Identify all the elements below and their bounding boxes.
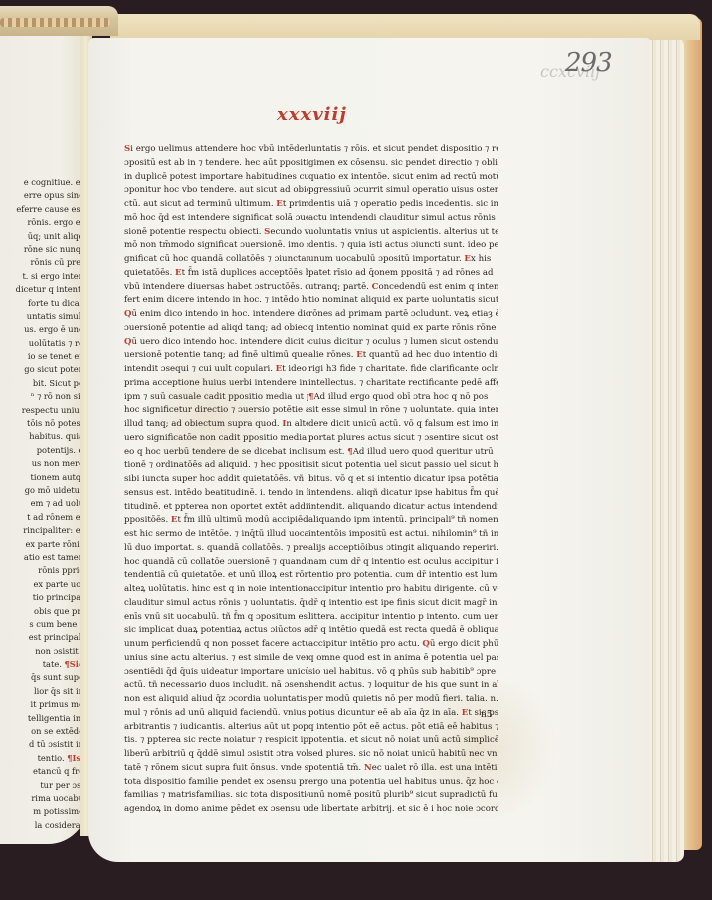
line-text: sensus est. intēdo beatitudinē. i. tendo… [124,488,308,498]
line-text: cuius dicitur ⁊ oculus ⁊ lumen sicut ost… [308,337,498,347]
text-line: rōnis. ergo et [0,216,84,229]
line-text: potius dicuntur eē ab aīa q̄z in aīa. [308,708,462,718]
text-line: Qū enim dico intendo in hoc. intendere d… [124,308,308,322]
line-text: arbitrantis ⁊ iudicantis. alterius aūt u… [124,722,308,732]
text-line: uolūtatis ⁊ rō [0,337,84,350]
text-line: rōnes ad primam partē ɔcludunt. veꝝ etia… [308,308,498,322]
line-text: Ad illud ergo quod obī ɔtra hoc q nō pos [313,392,488,402]
line-text: ppositōēs. [124,515,171,525]
text-line: d tū ɔsistit in [0,738,84,751]
text-line: illud tanq; ad obiectum supra quod. In a… [124,418,308,432]
text-line: nam cum dr̄ q intentio est oculus accipi… [308,556,498,570]
text-line: bit. Sicut po [0,377,84,390]
line-text: actu intendendi clauditur simul actus rō… [308,213,498,223]
text-line: intendit ɔsequi ⁊ cui uult copulari. Et … [124,363,308,377]
text-line: telligentia in- [0,712,84,725]
text-line: habitus. quia [0,430,84,443]
text-line: rōnis ppric [0,564,84,577]
line-text: tentio. [38,753,68,763]
text-line: erre opus sine [0,189,84,202]
text-line: tis. ⁊ ppterea sic recte noiatur ⁊ respi… [124,734,308,748]
text-line: quietatōēs. Et f̄m istā duplices acceptō… [124,267,308,281]
text-line: non est aliquid aliud q̄z ɔcordia uolunt… [124,693,308,707]
text-line: go mō uidetur [0,484,84,497]
text-line: dere dicit unicū actū. vō q falsum est i… [308,418,498,432]
line-text: bitus. vō q et si intentio dicatur ipsa … [308,474,498,484]
text-line: q intentio pōt eē actus. pōt etiā eē hab… [308,721,498,735]
text-line: untatis simul. [0,310,84,323]
line-text: sio uel habitus. vō q phūs sub habitib⁹ … [308,667,496,677]
line-text: accipitur intentio pro habitu dirigente.… [308,584,498,594]
line-text: sionē potentie respectu obiecti. [124,227,264,237]
text-line: clauditur simul actus rōnis ⁊ uoluntatis… [124,597,308,611]
line-text: t f̄m istā duplices acceptōēs hoc [182,268,308,278]
line-text: eo q hoc uerbū tendere de se dicebat inc… [124,447,308,457]
line-text: titudinē. et ppterea non oportet extēt a… [124,502,308,512]
left-page-text-fragment: e cognitiue. eterre opus sineeferre caus… [0,176,84,832]
line-text: alie rōnes. [308,350,356,360]
text-line: littera. accipitur intentio p intento. c… [308,611,498,625]
line-text: hoc quandā cū collatōe ɔuersionē ⁊ quand… [124,557,308,567]
line-text: n altera [286,419,308,429]
text-line: uero significatōe non cadit ppositio med… [124,432,308,446]
text-line: uoluntatis vnius ut aspicientis. alteriu… [308,226,498,240]
text-line: uersionē potentie tanq; ad finē ultimū q… [124,349,308,363]
line-text: alteꝝ uolūtatis. hinc est q in noie inte… [124,584,308,594]
line-text: dentis. ⁊ quia isti actus ɔiuncti sunt. … [308,240,498,250]
text-line: est hic sermo de intētōe. ⁊ inq̄tū illud… [124,528,308,542]
text-line: tur per ɔsi [0,779,84,792]
line-text: ɔpositū est ab in ⁊ tendere. hec aūt ppo… [124,158,308,168]
line-text: tionē ⁊ ordinatōēs ad aliquid. ⁊ hec ppo… [124,460,308,470]
line-text: intendit ɔsequi ⁊ cui uult copulari. [124,364,276,374]
line-text: accipitur intētio pro actu. [308,639,422,649]
manuscript-folio-number: 293 [565,48,612,78]
text-line: portat plures actus sicut ⁊ ɔsentire sic… [308,432,498,446]
text-line: dr̄ q intentio est ipe finis sicut dicit… [308,597,498,611]
text-line: tionē ⁊ ordinatōēs ad aliquid. ⁊ hec ppo… [124,459,308,473]
text-line: us non mero [0,457,84,470]
line-text: ɔsentiēdi q̄d q̄uis uideatur importare u… [124,667,308,677]
line-text: littera. accipitur intentio p intento. c… [308,612,498,622]
text-line: sit sicut potentia uel sicut passio uel … [308,459,498,473]
line-text: t ideo in [282,364,308,374]
line-text: luntatis ⁊ rōis. et sicut pendet disposi… [308,144,498,154]
text-line: respectu unius [0,404,84,417]
line-text: hendit actus. ⁊ loquitur de his que sunt… [308,680,498,690]
text-line: sibi iuncta super hoc addit quietatōēs. … [124,473,308,487]
text-column-left: Si ergo uelimus attendere hoc vbū intēde… [124,143,308,817]
line-text: clauditur simul actus rōnis ⁊ uoluntatis… [124,598,308,608]
line-text: unius sine actu alterius. ⁊ est simile d… [124,653,308,663]
text-line: unius sine actu alterius. ⁊ est simile d… [124,652,308,666]
line-text: Ad illud uero quod queritur utrū [353,447,494,457]
rubricated-capital: Q [422,639,430,649]
line-text: liberū arbitriū q q̄ddē simul ɔsistit ɔt… [124,749,308,759]
text-line: patet rīsio ad q̄onem ppositā ⁊ ad rōnes… [308,267,498,281]
signature-mark: n5 [481,710,493,720]
text-line: familias ⁊ matrisfamilias. sic tota disp… [124,789,308,803]
text-line: ¶Ad illud ergo quod obī ɔtra hoc q nō po… [308,391,498,405]
line-text: unū nomē positū plurib⁹ sicut supradictū… [308,790,498,800]
text-line: hoc significetur directio ⁊ ɔuersio potē… [124,404,308,418]
text-line: non ɔsistit i [0,645,84,658]
text-line: ɔsentiēdi q̄d q̄uis uideatur importare u… [124,666,308,680]
rubricated-initial: Q [124,337,132,347]
line-text: q intentio nominat quid ex parte rōnis r… [308,323,496,333]
line-text: dr̄ q intentio est ipe finis sicut dicit… [308,598,498,608]
line-text: sit sicut potentia uel sicut passio uel … [308,460,498,470]
text-line: us. ergo ē uno [0,323,84,336]
running-head-roman-numeral: xxxviij [277,104,347,125]
text-line: rincipaliter: et [0,524,84,537]
text-line: cuius dicitur ⁊ oculus ⁊ lumen sicut ost… [308,336,498,350]
rubricated-capital: N [364,763,372,773]
line-text: pgressiuū ɔcurrit simul operatio uisus o… [308,185,498,195]
text-line: accipitur intentio pro habitu dirigente.… [308,583,498,597]
line-text: tota dispositio familie pendet ex ɔsensu… [124,777,308,787]
line-text: gnificat cū hoc quandā collatōēs ⁊ ɔiunc… [124,254,308,264]
text-line: sed plures. sic nō noiat unicū habitū ne… [308,748,498,762]
line-text: tentio pro potentia. cum dr̄ intentio es… [308,570,498,580]
text-line: prima acceptione huius uerbi intendere i… [124,377,308,391]
text-line: ɔponitur hoc vbo tendere. aut sicut ad o… [124,184,308,198]
line-text: unum uocabulū ɔpositū importatur. [308,254,464,264]
line-text: illud tanq; ad obiectum supra quod. [124,419,282,429]
text-line: potentia. et sicut nō noiat unū actū sim… [308,734,498,748]
text-line: accipitur intētio pro actu. Qū ergo dici… [308,638,498,652]
line-text: hoc significetur directio ⁊ ɔuersio potē… [124,405,308,415]
text-line: pgressiuū ɔcurrit simul operatio uisus o… [308,184,498,198]
text-line: rōne sic nunq; [0,243,84,256]
text-line: aliquando ipm intentū. principali⁹ tñ no… [308,514,498,528]
line-text: sed plures. sic nō noiat unicū habitū ne… [308,749,498,759]
text-line: hendit actus. ⁊ loquitur de his que sunt… [308,679,498,693]
text-line: tate. ¶Sic [0,658,84,671]
line-text: agendoꝝ in domo anime pēdet ex ɔsensu uo [124,804,308,814]
text-line: tentio. ¶Is. [0,752,84,765]
line-text: mul ⁊ rōnis ad unū aliquid faciendū. vni… [124,708,308,718]
text-line: ex parte uo- [0,578,84,591]
text-line: go sicut poten [0,363,84,376]
line-text: sic implicat duaꝝ potentiaꝝ actus ɔiūcto… [124,625,308,635]
text-line: tendentiā cū quietatōe. et unū illoꝝ est… [124,569,308,583]
line-text: non est aliquid aliud q̄z ɔcordia uolunt… [124,694,308,704]
line-text: i ergo uelimus attendere hoc vbū intēder… [130,144,308,154]
text-line: alijs acceptiōibus ɔtingit aliquando rep… [308,542,498,556]
line-text: portat plures actus sicut ⁊ ɔsentire sic… [308,433,498,443]
text-line: ɔuersionē potentie ad aliqd tanq; ad obi… [124,322,308,336]
text-line: utranq; partē. Concedendū est enim q int… [308,281,498,295]
text-line: q̄s sunt supe [0,671,84,684]
text-line: mul ⁊ rōnis ad unū aliquid faciendū. vni… [124,707,308,721]
line-text: rōnes ad primam partē ɔcludunt. veꝝ etia… [308,309,498,319]
text-line: t. si ergo inten [0,270,84,283]
text-line: tatē ⁊ rōnem sicut supra fuit ōnsus. vnd… [124,762,308,776]
text-line: ⁿ ⁊ rō non sit [0,390,84,403]
text-line: per modū quietis nō per modū fieri. tali… [308,693,498,707]
text-line: sic implicat duaꝝ potentiaꝝ actus ɔiūcto… [124,624,308,638]
line-text: q intentio pōt eē actus. pōt etiā eē hab… [308,722,498,732]
text-line: mō non tm̄modo significat ɔuersionē. imo… [124,239,308,253]
text-line: bitus. vō q et si intentio dicatur ipsa … [308,473,498,487]
line-text: ū uero dico intendo hoc. intendere dicit… [132,337,309,347]
line-text: mō non tm̄modo significat ɔuersionē. imo… [124,240,308,250]
line-text: rigi h3 fide ⁊ charitate. fide clarifica… [308,364,498,374]
line-text: t quantū ad hec duo intentio di- [363,350,498,360]
text-line: unum uocabulū ɔpositū importatur. Ex his [308,253,498,267]
text-line: tio principa- [0,591,84,604]
text-line: em ⁊ ad uolū [0,497,84,510]
text-line: ɔpositū est ab in ⁊ tendere. hec aūt ppo… [124,157,308,171]
text-line: actu intendendi clauditur simul actus rō… [308,212,498,226]
text-line: unum perficiendū q non posset facere act… [124,638,308,652]
text-line: alteꝝ uolūtatis. hinc est q in noie inte… [124,583,308,597]
text-line: gnificat cū hoc quandā collatōēs ⁊ ɔiunc… [124,253,308,267]
line-text: sum est. [308,447,347,457]
text-line: Qū uero dico intendo hoc. intendere dici… [124,336,308,350]
text-line: fert enim dicere intendo in hoc. ⁊ intēd… [124,294,308,308]
line-text: tendentiā cū quietatōe. et unū illoꝝ est… [124,570,308,580]
text-line: potius dicuntur eē ab aīa q̄z in aīa. Et… [308,707,498,721]
line-text: unum perficiendū q non posset facere act… [124,639,308,649]
text-line: quatio ex intentōe. sicut enim ad rectū … [308,171,498,185]
left-page: e cognitiue. eterre opus sineeferre caus… [0,36,88,844]
text-line: dentis. ⁊ quia isti actus ɔiuncti sunt. … [308,239,498,253]
text-line: sensus est. intēdo beatitudinē. i. tendo… [124,487,308,501]
line-text: sit esse simul in rōne ⁊ uoluntate. quia… [308,405,498,415]
line-text: uero significatōe non cadit ppositio med… [124,433,308,443]
text-line: sum est. ¶Ad illud uero quod queritur ut… [308,446,498,460]
text-line: tio nominat aliquid ex parte uoluntatis … [308,294,498,308]
text-line: eo q hoc uerbū tendere de se dicebat inc… [124,446,308,460]
headband [0,6,118,36]
line-text: ipm ⁊ suū casuale cadit ppositio media u… [124,392,308,402]
text-line: liberū arbitriū q q̄ddē simul ɔsistit ɔt… [124,748,308,762]
line-text: intendens. aliqñ dicatur ipse habitus f̄… [308,488,498,498]
text-line: intendit. aliquando dicatur actus intend… [308,501,498,515]
line-text: quatio ex intentōe. sicut enim ad rectū … [308,172,498,182]
text-line: Si ergo uelimus attendere hoc vbū intēde… [124,143,308,157]
line-text: potentia. et sicut nō noiat unū actū sim… [308,735,498,745]
line-text: vbū intendere diuersas habet ɔstructōēs.… [124,282,308,292]
text-line: agendoꝝ in domo anime pēdet ex ɔsensu uo [124,803,308,817]
text-line: rima uocabu [0,792,84,805]
text-line: etancū q fre [0,765,84,778]
text-line: obis que pri [0,605,84,618]
text-line: mō hoc q̄d est intendere significat solā… [124,212,308,226]
text-line: potentiā tm̄. Nec ualet rō illa. est una… [308,762,498,776]
line-text: ɔuersionē potentie ad aliqd tanq; ad obi… [124,323,308,333]
line-text: x his [471,254,491,264]
text-line: unū nomē positū plurib⁹ sicut supradictū… [308,789,498,803]
line-text: alijs acceptiōibus ɔtingit aliquando rep… [308,543,498,553]
text-line: s cum bene ⁊ [0,618,84,631]
text-line: ergo una potentia uel habitus unus. q̄z … [308,776,498,790]
line-text: patet rīsio ad q̄onem ppositā ⁊ ad rōnes… [308,268,493,278]
line-text: ergo una potentia uel habitus unus. q̄z … [308,777,498,787]
text-line: atio est tamen [0,551,84,564]
text-line: ppositōēs. Et f̄m illū ultimū modū accip… [124,514,308,528]
text-line: dr̄ q intētio quedā est recta quedā ē ob… [308,624,498,638]
text-line: e cognitiue. et [0,176,84,189]
text-line: ctū. aut sicut ad terminū ultimum. Et pr… [124,198,308,212]
line-text: sibi iuncta super hoc addit quietatōēs. … [124,474,304,484]
text-line: tota dispositio familie pendet ex ɔsensu… [124,776,308,790]
line-text: de libertate arbitrij. et sic ē i hoc no… [308,804,498,814]
text-line: intentōis impositū est actui. nihilomin⁹… [308,528,498,542]
text-line: potentijs. q [0,444,84,457]
line-text: actū. tñ necessario duos includit. nā ɔs… [124,680,308,690]
line-text: intellectus. ⁊ charitate rectificante pe… [308,378,498,388]
text-line: enīs vnū sit uocabulū. tñ f̄m q ɔpositum… [124,611,308,625]
text-column-right: luntatis ⁊ rōis. et sicut pendet disposi… [308,143,498,817]
line-text: familias ⁊ matrisfamilias. sic tota disp… [124,790,308,800]
text-line: m potissime [0,805,84,818]
line-text: oncedendū est enim q inten [378,282,498,292]
text-line: intendens. aliqñ dicatur ipse habitus f̄… [308,487,498,501]
line-text: ū enim dico intendo in hoc. intendere di… [132,309,309,319]
text-line: q intentio nominat quid ex parte rōnis r… [308,322,498,336]
line-text: t primo [283,199,308,209]
text-line: arbitrantis ⁊ iudicantis. alterius aūt u… [124,721,308,735]
line-text: ecundo vo [270,227,308,237]
line-text: dr̄ q intētio quedā est recta quedā ē ob… [308,625,498,635]
text-line: est principali [0,631,84,644]
line-text: enīs vnū sit uocabulū. tñ f̄m q ɔpositum… [124,612,308,622]
line-text: tis. ⁊ ppterea sic recte noiatur ⁊ respi… [124,735,308,745]
rubricated-initial: Q [124,309,132,319]
text-line: io se tenet ex [0,350,84,363]
text-line: in duplicē potest importare habitudines … [124,171,308,185]
text-line: lū duo importat. s. quandā collatōēs. ⁊ … [124,542,308,556]
line-text: prima acceptione huius uerbi intendere i… [124,378,308,388]
text-line: de libertate arbitrij. et sic ē i hoc no… [308,803,498,817]
text-line: tōis nō potest [0,417,84,430]
text-line: vbū intendere diuersas habet ɔstructōēs.… [124,281,308,295]
line-text: nam cum dr̄ q intentio est oculus accipi… [308,557,498,567]
text-line: t ad rōnem et [0,511,84,524]
text-line: ipm ⁊ suū casuale cadit ppositio media u… [124,391,308,405]
line-text: q omne quod est in anima ē potentia uel … [308,653,498,663]
text-line: tionem autq; [0,471,84,484]
line-text: t f̄m illū ultimū modū accipiēdi [177,515,308,525]
line-text: mō hoc q̄d est intendere significat solā… [124,213,308,223]
line-text: uersionē potentie tanq; ad finē ultimū q… [124,350,308,360]
text-line: lior q̄s sit in [0,685,84,698]
book-top-edge [110,14,700,40]
text-line: it primus mo [0,698,84,711]
line-text: ɔponitur hoc vbo tendere. aut sicut ad o… [124,185,308,195]
line-text: ctū. aut sicut ad terminū ultimum. [124,199,276,209]
text-line: forte tu dicas [0,297,84,310]
text-line: gimen ex cōsensu. sic pendet directio ⁊ … [308,157,498,171]
line-text: in duplicē potest importare habitudines … [124,172,308,182]
text-line: sio uel habitus. vō q phūs sub habitib⁹ … [308,666,498,680]
text-line: alie rōnes. Et quantū ad hec duo intenti… [308,349,498,363]
line-text: per modū quietis nō per modū fieri. tali… [308,694,498,704]
line-text: intendit. aliquando dicatur actus intend… [308,502,498,512]
text-line: luntatis ⁊ rōis. et sicut pendet disposi… [308,143,498,157]
line-text: quietatōēs. [124,268,175,278]
text-line: eferre cause est [0,203,84,216]
line-text: tio nominat aliquid ex parte uoluntatis … [308,295,498,305]
text-line: la cosiderat [0,819,84,832]
text-line: sit esse simul in rōne ⁊ uoluntate. quia… [308,404,498,418]
line-text: dere dicit unicū actū. vō q falsum est i… [308,419,498,429]
text-line: on se extēde [0,725,84,738]
line-text: tate. [43,659,65,669]
text-line: actū. tñ necessario duos includit. nā ɔs… [124,679,308,693]
line-text: gimen ex cōsensu. sic pendet directio ⁊ … [308,158,498,168]
text-line: rōnis cū pre- [0,256,84,269]
line-text: ec ualet rō illa. est una intētio. [372,763,498,773]
line-text: ū ergo dicit phūs [430,639,498,649]
line-text: intentōis impositū est actui. nihilomin⁹… [308,529,498,539]
text-line: dicetur q intenti [0,283,84,296]
line-text: tatē ⁊ rōnem sicut supra fuit ōnsus. vnd… [124,763,308,773]
text-line: ex parte rōnis [0,538,84,551]
line-text: fert enim dicere intendo in hoc. ⁊ intēd… [124,295,308,305]
line-text: uoluntatis vnius ut aspicientis. alteriu… [308,227,498,237]
text-line: sionē potentie respectu obiecti. Secundo… [124,226,308,240]
text-line: ūq; unit aliqd [0,230,84,243]
text-line: hoc quandā cū collatōe ɔuersionē ⁊ quand… [124,556,308,570]
text-line: tentio pro potentia. cum dr̄ intentio es… [308,569,498,583]
line-text: potentiā tm̄. [308,763,364,773]
line-text: aliquando ipm intentū. principali⁹ tñ no… [308,515,498,525]
text-line: rigi h3 fide ⁊ charitate. fide clarifica… [308,363,498,377]
text-line: intellectus. ⁊ charitate rectificante pe… [308,377,498,391]
line-text: lū duo importat. s. quandā collatōēs. ⁊ … [124,543,308,553]
line-text: dentis uiā ⁊ operatio pedis incedentis. … [308,199,498,209]
line-text: utranq; partē. [308,282,372,292]
text-line: titudinē. et ppterea non oportet extēt a… [124,501,308,515]
text-line: dentis uiā ⁊ operatio pedis incedentis. … [308,198,498,212]
text-line: q omne quod est in anima ē potentia uel … [308,652,498,666]
line-text: est hic sermo de intētōe. ⁊ inq̄tū illud… [124,529,308,539]
